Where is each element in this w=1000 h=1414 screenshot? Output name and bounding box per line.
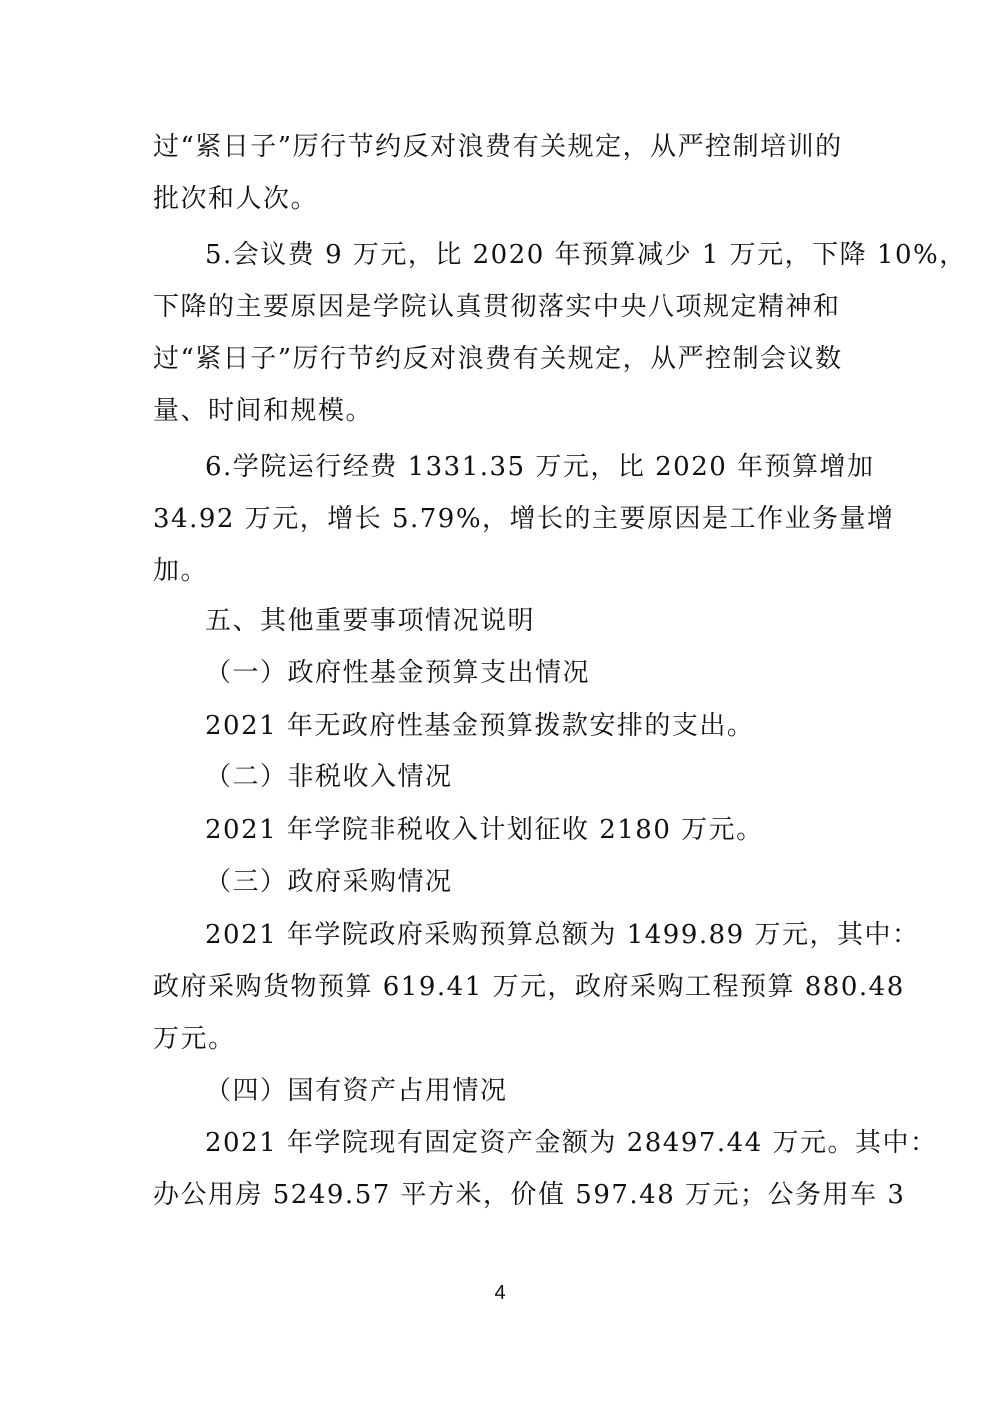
text-line: 量、时间和规模。 xyxy=(153,396,373,426)
text-line: 2021 年学院非税收入计划征收 2180 万元。 xyxy=(205,815,764,845)
text-line: 2021 年学院政府采购预算总额为 1499.89 万元，其中： xyxy=(205,920,919,950)
item-6-operating-costs: 6.学院运行经费 1331.35 万元，比 2020 年预算增加 xyxy=(205,452,875,482)
subheading-4: （四）国有资产占用情况 xyxy=(205,1076,508,1106)
subheading-2: （二）非税收入情况 xyxy=(205,762,453,792)
text-line: 过“紧日子”厉行节约反对浪费有关规定，从严控制培训的 xyxy=(153,132,843,162)
text-line: 万元。 xyxy=(153,1024,236,1054)
text-line: 批次和人次。 xyxy=(153,184,318,214)
subheading-1: （一）政府性基金预算支出情况 xyxy=(205,658,590,688)
section-heading-5: 五、其他重要事项情况说明 xyxy=(205,606,535,636)
page-number: 4 xyxy=(0,1282,1000,1305)
text-line: 政府采购货物预算 619.41 万元，政府采购工程预算 880.48 xyxy=(153,972,905,1002)
document-page: 过“紧日子”厉行节约反对浪费有关规定，从严控制培训的 批次和人次。 5.会议费 … xyxy=(0,0,1000,1414)
text-line: 34.92 万元，增长 5.79%，增长的主要原因是工作业务量增 xyxy=(153,504,895,534)
text-line: 加。 xyxy=(153,556,208,586)
text-line: 过“紧日子”厉行节约反对浪费有关规定，从严控制会议数 xyxy=(153,344,843,374)
text-line: 下降的主要原因是学院认真贯彻落实中央八项规定精神和 xyxy=(153,292,841,322)
text-line: 2021 年无政府性基金预算拨款安排的支出。 xyxy=(205,711,754,741)
subheading-3: （三）政府采购情况 xyxy=(205,867,453,897)
item-5-meeting-fees: 5.会议费 9 万元，比 2020 年预算减少 1 万元，下降 10%， xyxy=(205,240,967,270)
text-line: 办公用房 5249.57 平方米，价值 597.48 万元；公务用车 3 xyxy=(153,1180,905,1210)
text-line: 2021 年学院现有固定资产金额为 28497.44 万元。其中： xyxy=(205,1128,938,1158)
